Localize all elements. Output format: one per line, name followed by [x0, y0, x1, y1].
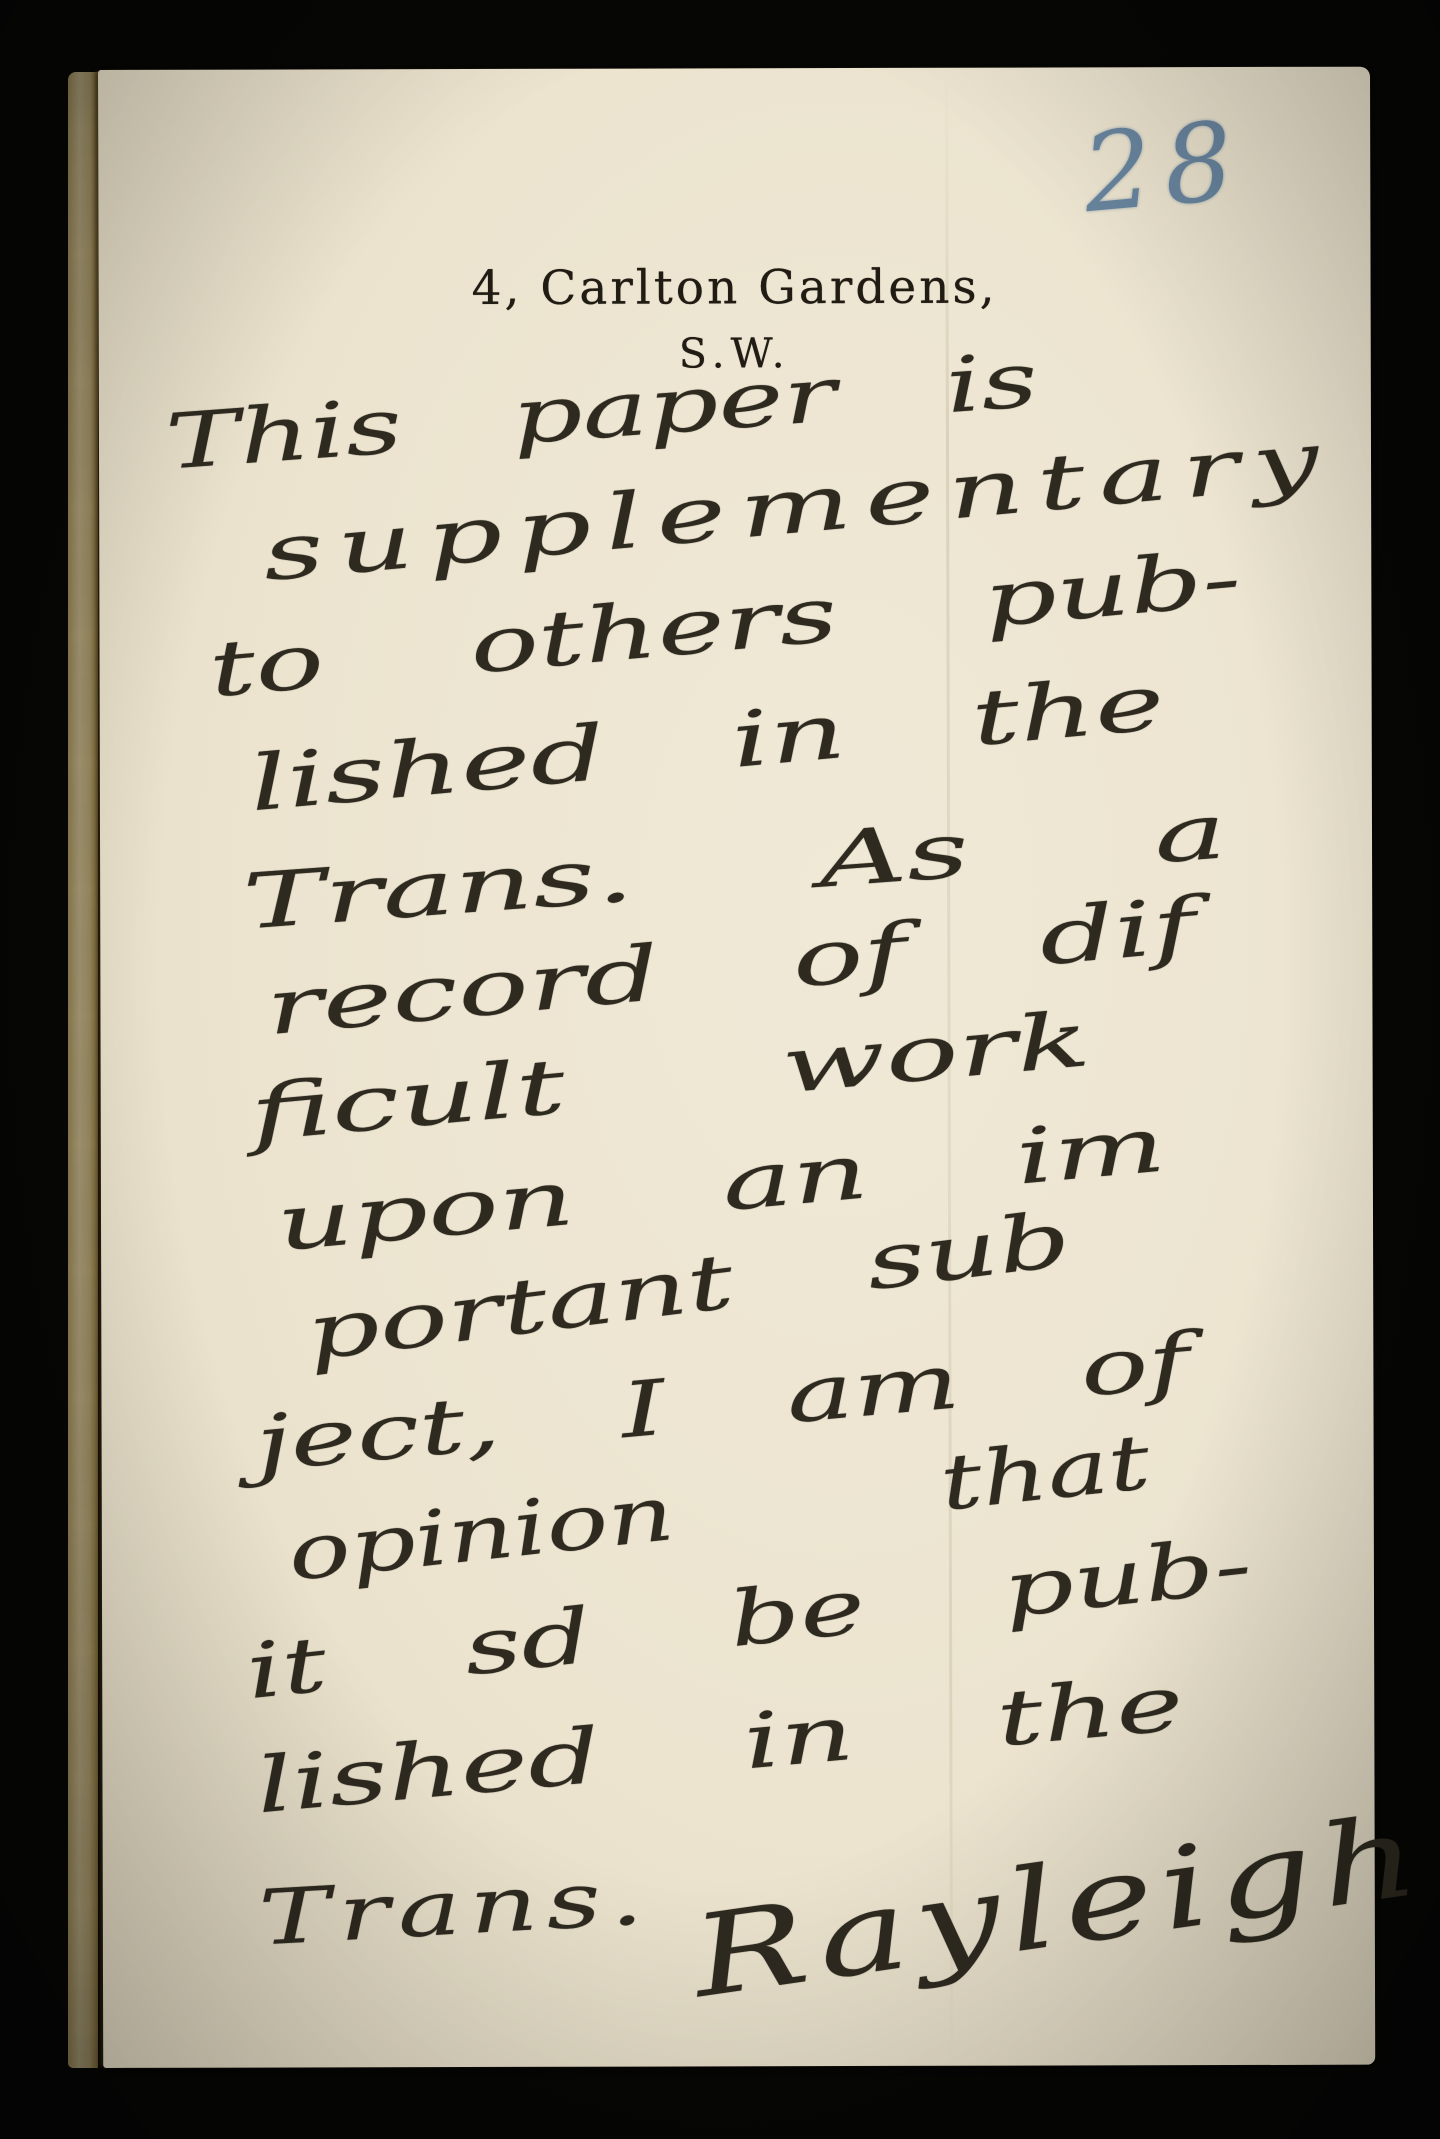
letter-page: 28 4, Carlton Gardens, S.W. This paper i…: [98, 67, 1375, 2068]
page-number-annotation: 28: [1078, 98, 1250, 237]
letterhead-address: 4, Carlton Gardens,: [99, 259, 1371, 317]
signature: Rayleigh: [685, 1790, 1434, 2023]
photograph-background: 28 4, Carlton Gardens, S.W. This paper i…: [0, 0, 1440, 2139]
handwriting-line: Trans.: [257, 1852, 654, 1962]
book-binding-edge: [68, 72, 98, 2068]
